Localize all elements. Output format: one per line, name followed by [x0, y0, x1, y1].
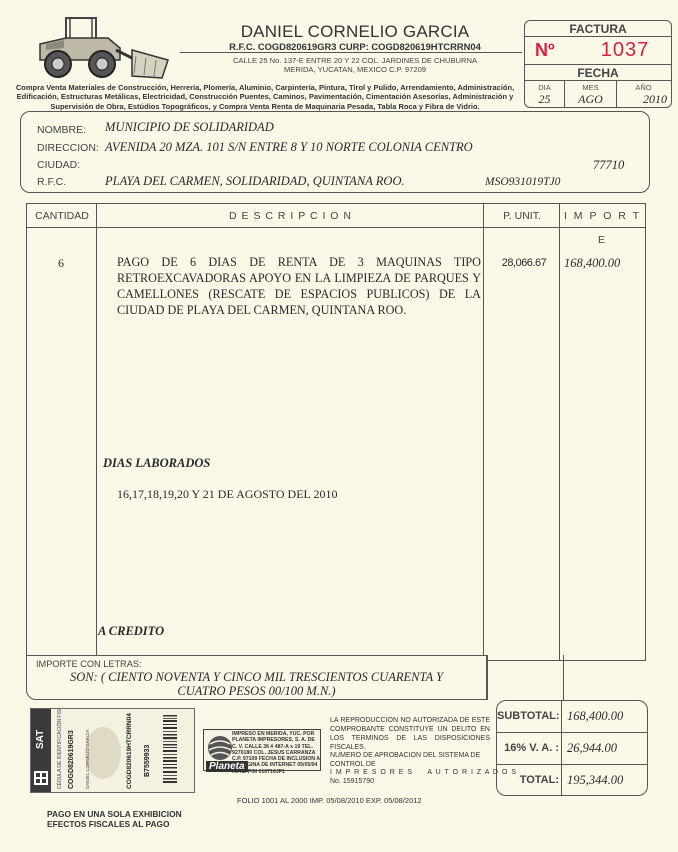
item-amount: 168,400.00 — [564, 256, 620, 271]
year-value: 2010 — [617, 92, 670, 107]
invoice-number-row: Nº 1037 — [525, 37, 671, 65]
reproduction-warning: LA REPRODUCCION NO AUTORIZADA DE ESTE CO… — [330, 716, 490, 752]
invoice-title: FACTURA — [525, 21, 671, 37]
client-address-label: DIRECCION: — [37, 142, 99, 154]
approval-line2: I M P R E S O R E S A U T O R I Z A D O … — [330, 769, 490, 778]
wheel-loader-icon — [28, 14, 178, 80]
client-city: PLAYA DEL CARMEN, SOLIDARIDAD, QUINTANA … — [105, 174, 405, 189]
issuer-address-line1: CALLE 25 No. 137-E ENTRE 20 Y 22 COL. JA… — [190, 56, 520, 65]
month-label: MES — [565, 83, 616, 92]
folio-range: FOLIO 1001 AL 2000 IMP. 05/08/2010 EXP. … — [237, 796, 422, 805]
approval-number: No. 15915790 — [330, 778, 490, 787]
column-divider — [559, 204, 560, 660]
date-month-cell: MES AGO — [565, 81, 617, 107]
totals-box: SUBTOTAL: 168,400.00 16% V. A. : 26,944.… — [496, 700, 648, 796]
header-quantity: CANTIDAD — [27, 204, 97, 228]
client-name-label: NOMBRE: — [37, 124, 86, 136]
right-column-extension — [487, 655, 645, 700]
client-postal-code: 77710 — [593, 158, 624, 173]
subtotal-value: 168,400.00 — [567, 709, 623, 724]
printer-brand-logo: Planeta — [206, 761, 248, 772]
fiscal-id-card: SAT CÉDULA DE IDENTIFICACIÓN FISCAL COGD… — [30, 708, 195, 793]
column-divider — [96, 204, 97, 660]
issuer-activities: Compra Venta Materiales de Construcción,… — [6, 83, 524, 111]
svg-text:DANIEL CORNELIO GARCIA: DANIEL CORNELIO GARCIA — [85, 730, 90, 789]
client-address: AVENIDA 20 MZA. 101 S/N ENTRE 8 Y 10 NOR… — [105, 140, 473, 155]
payment-note-line1: PAGO EN UNA SOLA EXHIBICION — [47, 809, 182, 819]
column-divider — [487, 655, 488, 700]
year-label: AÑO — [617, 83, 670, 92]
svg-text:COGD820619GR3: COGD820619GR3 — [68, 730, 75, 789]
day-value: 25 — [525, 92, 564, 107]
item-unit-price: 28,066.67 — [488, 257, 560, 269]
client-city-label: CIUDAD: — [37, 159, 80, 171]
svg-text:CÉDULA DE IDENTIFICACIÓN FISCA: CÉDULA DE IDENTIFICACIÓN FISCAL — [56, 709, 63, 789]
invoice-number-box: FACTURA Nº 1037 FECHA DIA 25 MES AGO AÑO… — [524, 20, 672, 108]
header-divider — [180, 52, 522, 53]
column-divider — [563, 655, 564, 700]
issuer-rfc-curp: R.F.C. COGD820619GR3 CURP: COGD820619HTC… — [190, 41, 520, 52]
client-name: MUNICIPIO DE SOLIDARIDAD — [105, 120, 274, 135]
approval-line1: NUMERO DE APROBACION DEL SISTEMA DE CONT… — [330, 752, 490, 769]
invoice-number: 1037 — [585, 39, 665, 62]
number-sign: Nº — [535, 40, 555, 61]
days-worked-value: 16,17,18,19,20 Y 21 DE AGOSTO DEL 2010 — [117, 487, 337, 502]
month-value: AGO — [565, 92, 616, 107]
total-value: 195,344.00 — [567, 773, 623, 788]
item-quantity: 6 — [26, 256, 96, 271]
client-rfc-label: R.F.C. — [37, 176, 66, 188]
header-unit-price: P. UNIT. — [484, 204, 560, 228]
svg-text:SAT: SAT — [35, 730, 46, 749]
client-rfc: MSO931019TJ0 — [485, 176, 560, 188]
amount-in-words-line2: CUATRO PESOS 00/100 M.N.) — [26, 684, 487, 699]
client-info-box: NOMBRE: MUNICIPIO DE SOLIDARIDAD DIRECCI… — [20, 111, 650, 193]
amount-in-words-line1: SON: ( CIENTO NOVENTA Y CINCO MIL TRESCI… — [26, 670, 487, 685]
column-divider — [483, 204, 484, 660]
header-amount: I M P O R T E — [560, 204, 645, 228]
issuer-address-line2: MERIDA, YUCATAN, MEXICO C.P. 97209 — [190, 65, 520, 74]
total-row: TOTAL: 195,344.00 — [497, 765, 647, 797]
item-description: PAGO DE 6 DIAS DE RENTA DE 3 MAQUINAS TI… — [117, 254, 481, 318]
date-title: FECHA — [525, 65, 671, 81]
svg-text:B7559933: B7559933 — [144, 745, 151, 777]
days-worked-title: DIAS LABORADOS — [103, 456, 210, 471]
date-day-cell: DIA 25 — [525, 81, 565, 107]
vat-row: 16% V. A. : 26,944.00 — [497, 733, 647, 765]
approval-info: NUMERO DE APROBACION DEL SISTEMA DE CONT… — [330, 752, 490, 786]
vat-value: 26,944.00 — [567, 741, 617, 756]
amount-in-words-label: IMPORTE CON LETRAS: — [36, 659, 142, 669]
subtotal-row: SUBTOTAL: 168,400.00 — [497, 701, 647, 733]
payment-note-line2: EFECTOS FISCALES AL PAGO — [47, 819, 170, 829]
subtotal-label: SUBTOTAL: — [497, 710, 559, 722]
globe-icon — [206, 734, 234, 762]
payment-terms: A CREDITO — [98, 624, 164, 639]
svg-text:COGD820619HTCRRN04: COGD820619HTCRRN04 — [126, 713, 133, 789]
header-description: D E S C R I P C I O N — [97, 204, 484, 228]
date-year-cell: AÑO 2010 — [617, 81, 670, 107]
day-label: DIA — [525, 83, 564, 92]
vat-label: 16% V. A. : — [497, 742, 559, 754]
issuer-name: DANIEL CORNELIO GARCIA — [190, 22, 520, 42]
